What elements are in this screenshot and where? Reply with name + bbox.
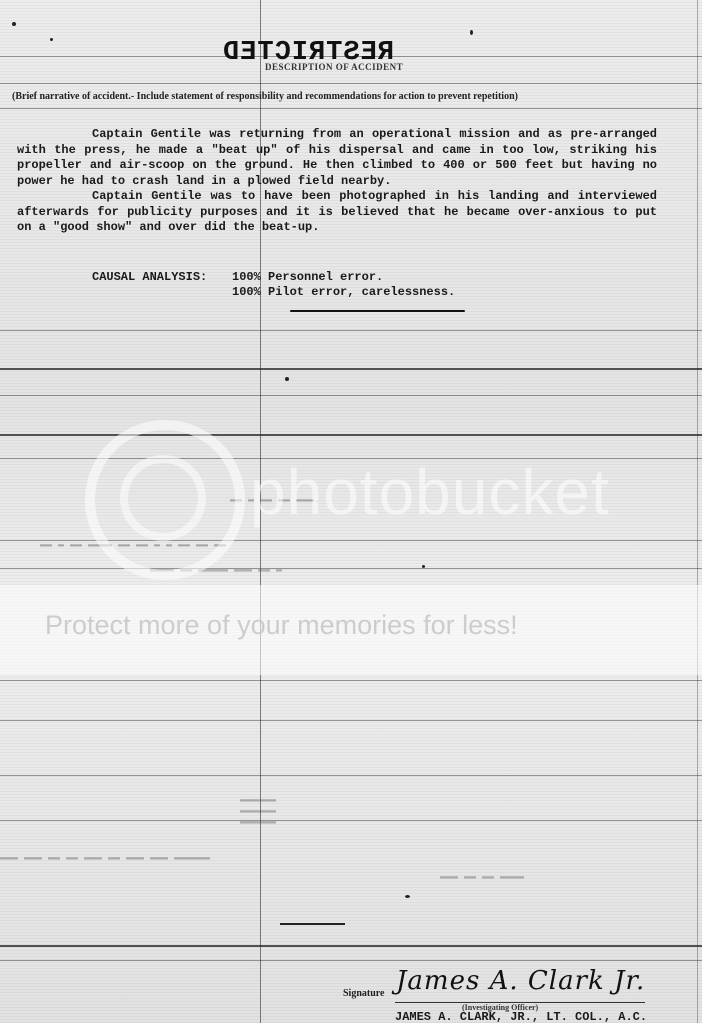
ink-speck [285, 377, 289, 381]
causal-analysis-items: 100% Personnel error. 100% Pilot error, … [232, 270, 455, 300]
page-edge-line [697, 0, 698, 1023]
faded-text: ▬▬▬▬▬▬▬▬▬▬▬▬▬▬▬▬▬▬ [240, 795, 276, 828]
rule-line [0, 368, 702, 370]
accident-narrative: Captain Gentile was returning from an op… [17, 127, 657, 236]
rule-line [0, 83, 702, 84]
rule-line [0, 330, 702, 331]
handwritten-signature: James A. Clark Jr. [396, 966, 645, 996]
form-section-caption: DESCRIPTION OF ACCIDENT [265, 62, 403, 72]
rule-line [0, 820, 702, 821]
faded-text: ▬▬▬ ▬▬▬ ▬▬ ▬▬ ▬▬▬ ▬▬ ▬▬▬ ▬▬▬ ▬▬▬▬▬▬ [0, 853, 210, 864]
ink-speck [405, 895, 410, 898]
form-instructions: (Brief narrative of accident.- Include s… [12, 91, 518, 102]
rule-line [0, 395, 702, 396]
handwritten-underline [290, 310, 465, 312]
rule-line [0, 720, 702, 721]
rule-line [0, 680, 702, 681]
signature-label: Signature [343, 988, 385, 999]
scanned-document-page: RESTRICTED DESCRIPTION OF ACCIDENT (Brie… [0, 0, 702, 1023]
causal-analysis-label: CAUSAL ANALYSIS: [92, 270, 207, 285]
ink-speck [12, 22, 16, 26]
ink-speck [422, 565, 425, 568]
watermark-brand: photobucket [250, 455, 610, 529]
watermark-slogan: Protect more of your memories for less! [45, 610, 518, 641]
narrative-paragraph: Captain Gentile was to have been photogr… [17, 189, 657, 236]
rule-line [0, 434, 702, 436]
rule-line [0, 108, 702, 109]
ink-mark [280, 923, 345, 925]
rule-line [0, 945, 702, 947]
rule-line [0, 960, 702, 961]
rule-line [0, 775, 702, 776]
watermark-logo-icon [85, 420, 245, 580]
rule-line [0, 568, 702, 569]
faded-text: ▬▬▬ ▬▬ ▬▬ ▬▬▬▬ [440, 872, 524, 883]
causal-item: 100% Personnel error. [232, 270, 455, 285]
signatory-name: JAMES A. CLARK, JR., LT. COL., A.C. [395, 1010, 647, 1023]
ink-speck [50, 38, 53, 41]
narrative-paragraph: Captain Gentile was returning from an op… [17, 127, 657, 189]
ink-speck [470, 30, 473, 35]
causal-item: 100% Pilot error, carelessness. [232, 285, 455, 300]
